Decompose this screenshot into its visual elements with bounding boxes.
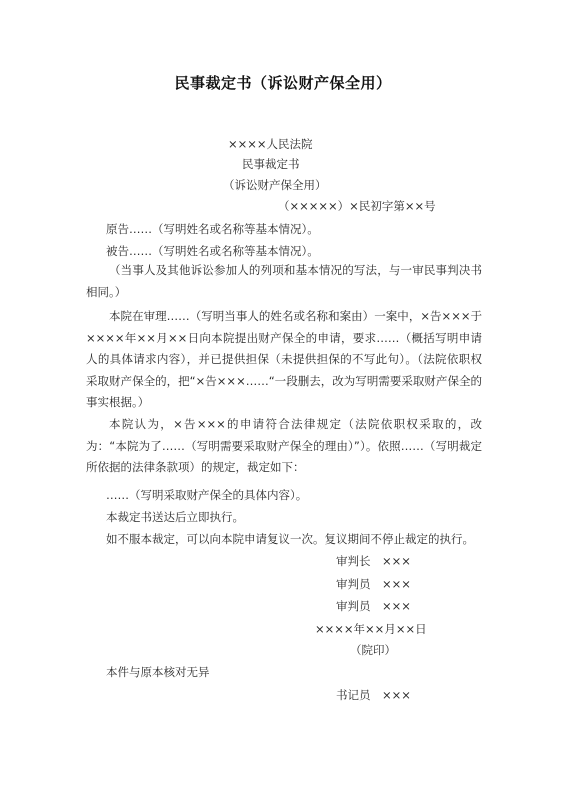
document-usage: （诉讼财产保全用） bbox=[223, 177, 327, 193]
court-seal: （院印） bbox=[350, 642, 396, 658]
paragraph-execution: 本裁定书送达后立即执行。 bbox=[106, 509, 244, 525]
presiding-judge-signature: 审判长 ××× bbox=[336, 553, 411, 569]
document-title: 民事裁定书（诉讼财产保全用） bbox=[0, 72, 566, 93]
ruling-date: ××××年××月××日 bbox=[315, 621, 427, 637]
paragraph-reasoning: 本院认为，×告×××的申请符合法律规定（法院依职权采取的，改为：“本院为了……（… bbox=[86, 414, 482, 479]
case-number: （×××××）×民初字第××号 bbox=[278, 198, 436, 214]
parties-note: （当事人及其他诉讼参加人的列项和基本情况的写法，与一审民事判决书相同。） bbox=[86, 260, 482, 303]
verification-note: 本件与原本核对无异 bbox=[106, 664, 210, 680]
judge-signature-1: 审判员 ××× bbox=[336, 576, 411, 592]
paragraph-appeal: 如不服本裁定，可以向本院申请复议一次。复议期间不停止裁定的执行。 bbox=[106, 531, 474, 547]
defendant-line: 被告……（写明姓名或名称等基本情况）。 bbox=[106, 243, 319, 259]
clerk-signature: 书记员 ××× bbox=[336, 687, 411, 703]
paragraph-application: 本院在审理……（写明当事人的姓名或名称和案由）一案中，×告×××于××××年××… bbox=[86, 306, 482, 414]
court-name: ××××人民法院 bbox=[228, 136, 313, 152]
document-page: 民事裁定书（诉讼财产保全用） ××××人民法院 民事裁定书 （诉讼财产保全用） … bbox=[0, 0, 566, 800]
plaintiff-line: 原告……（写明姓名或名称等基本情况）。 bbox=[106, 221, 319, 237]
document-type: 民事裁定书 bbox=[242, 156, 300, 172]
judge-signature-2: 审判员 ××× bbox=[336, 598, 411, 614]
paragraph-ruling: ……（写明采取财产保全的具体内容）。 bbox=[106, 487, 307, 503]
